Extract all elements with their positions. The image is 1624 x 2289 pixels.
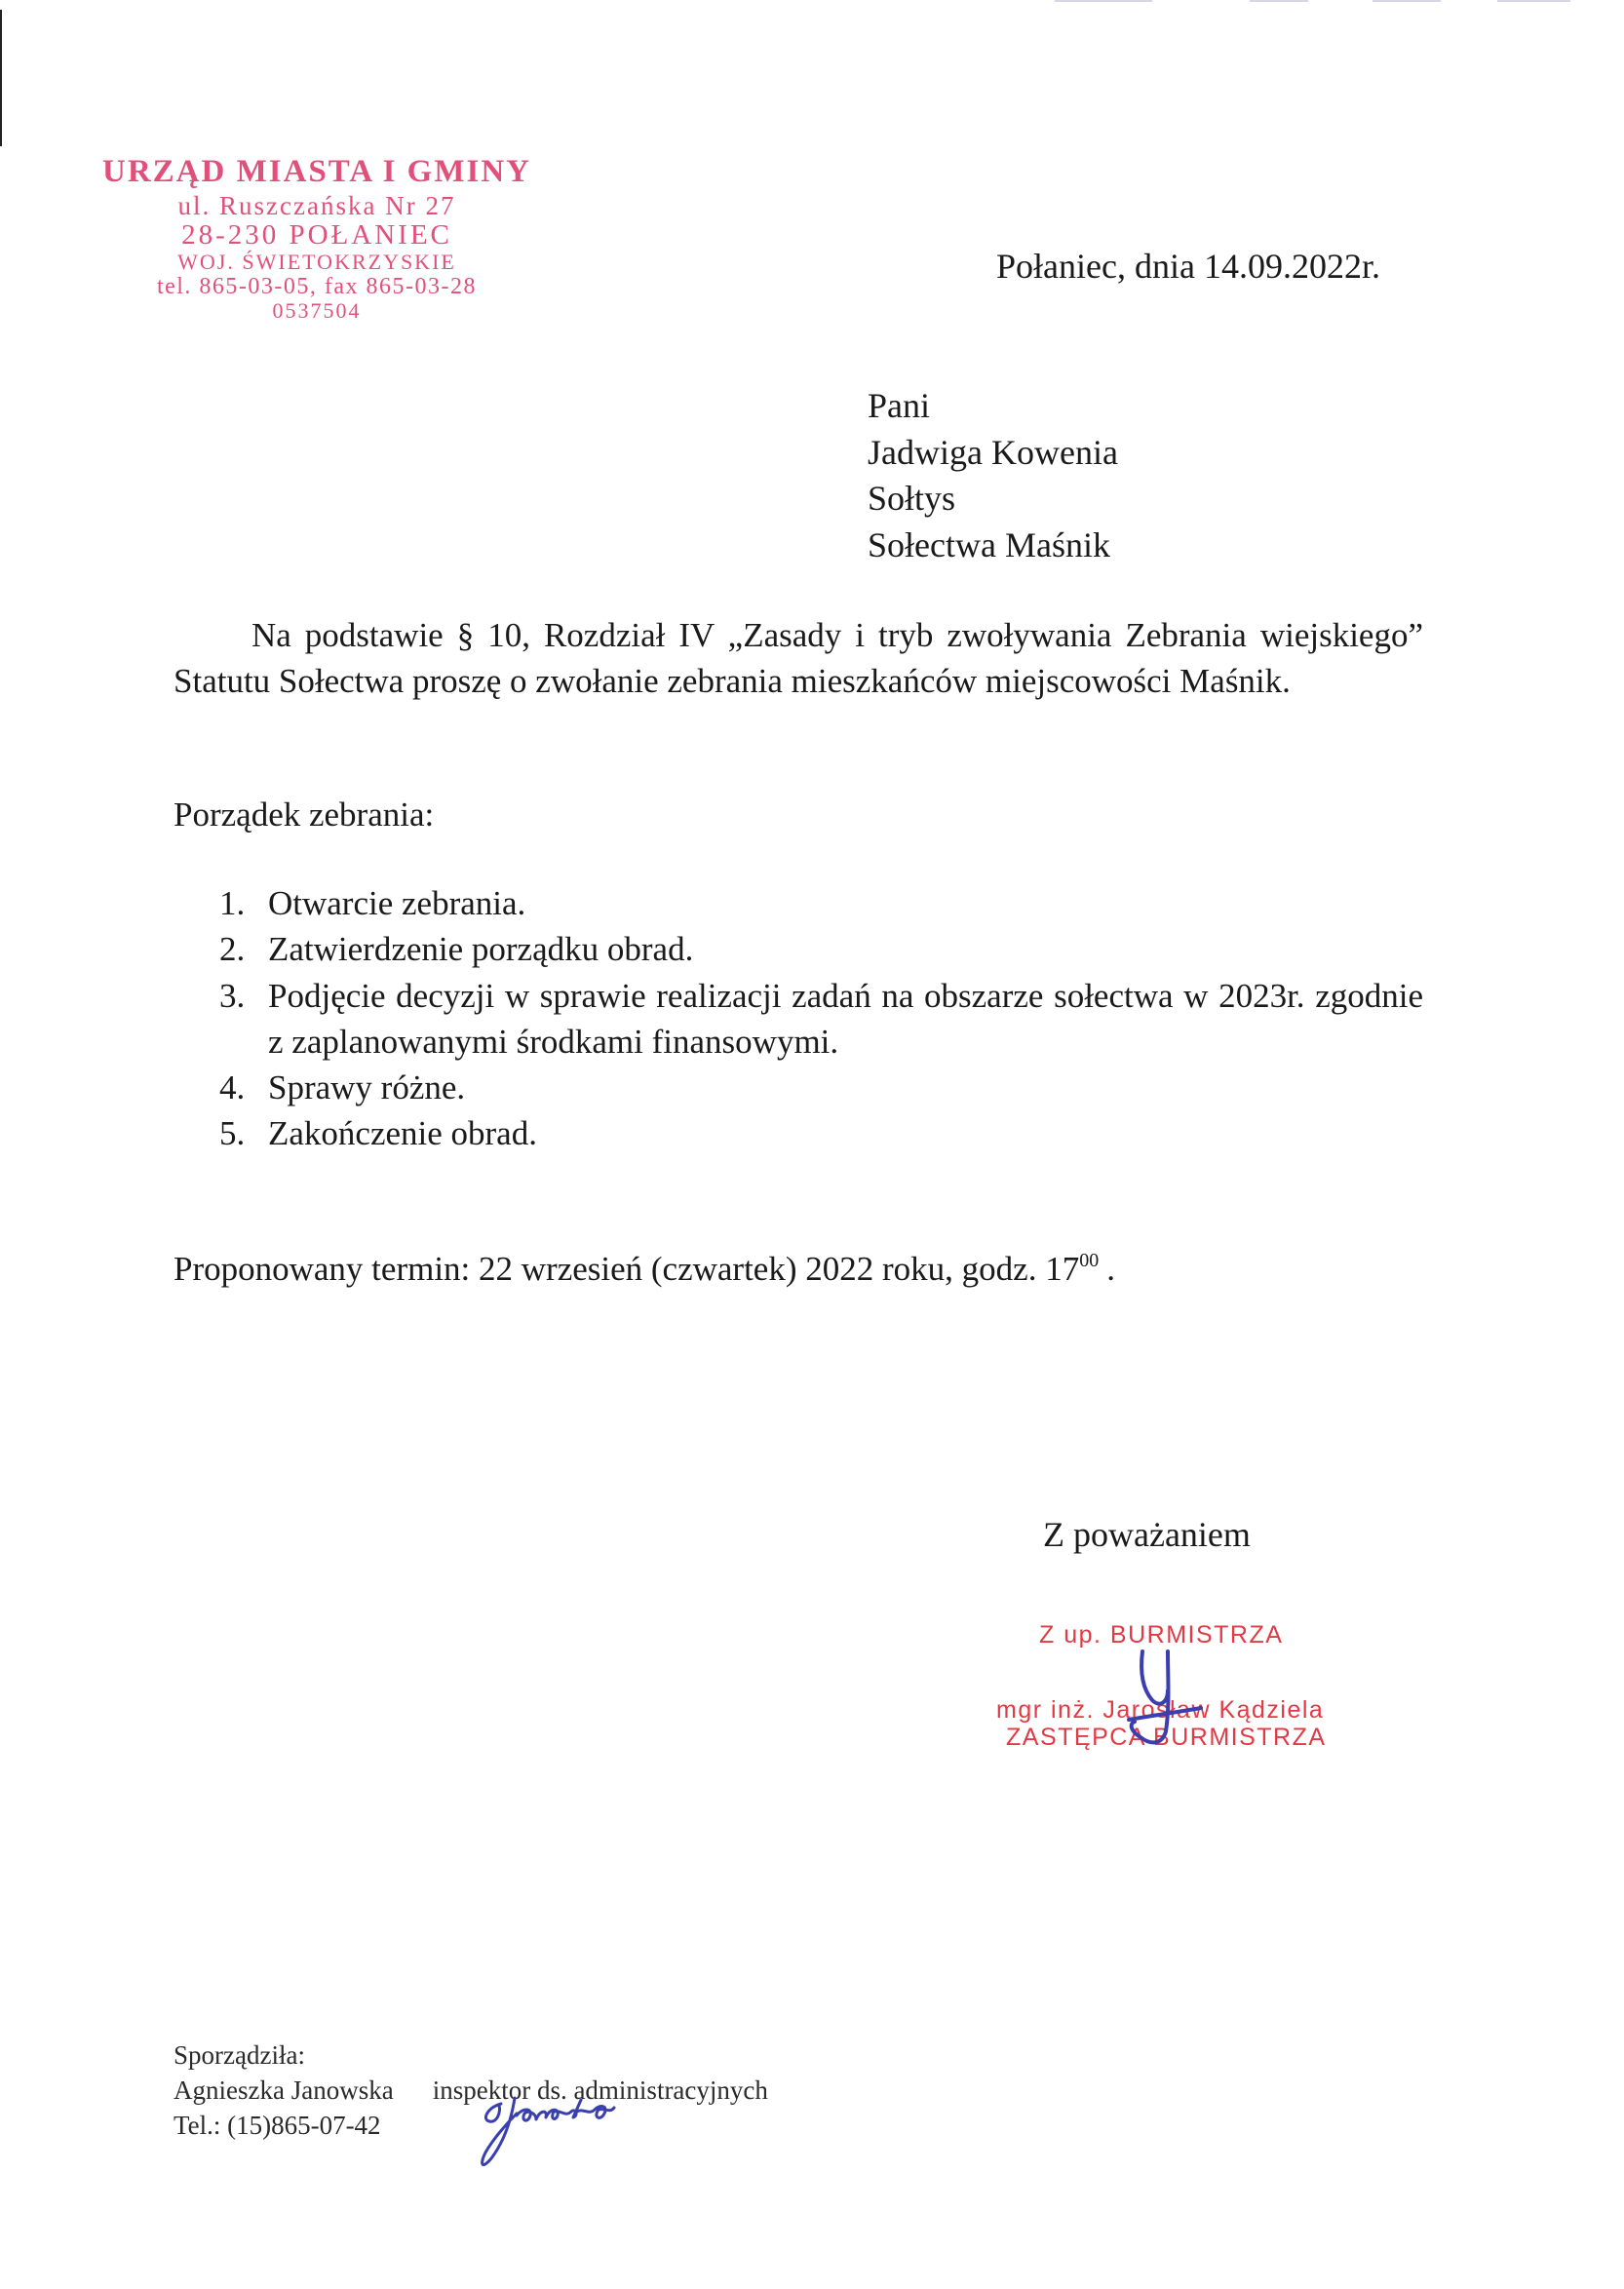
- office-stamp-city: 28-230 POŁANIEC: [97, 221, 536, 250]
- office-stamp-regon: 0537504: [97, 300, 536, 322]
- signature-stamp-authority: Z up. BURMISTRZA: [1039, 1621, 1283, 1649]
- scan-top-mark: [1055, 0, 1152, 2]
- body-paragraph: Na podstawie § 10, Rozdział IV „Zasady i…: [174, 612, 1423, 704]
- scan-top-mark: [1250, 0, 1308, 2]
- agenda-item: 1.Otwarcie zebrania.: [174, 880, 1423, 926]
- addressee-title: Sołtys: [868, 476, 1118, 523]
- scan-top-mark: [1497, 0, 1570, 2]
- prepared-by-role: inspektor ds. administracyjnych: [433, 2076, 768, 2105]
- agenda-item-number: 5.: [219, 1110, 245, 1156]
- agenda-item-text: Sprawy różne.: [268, 1068, 465, 1106]
- agenda-list: 1.Otwarcie zebrania. 2.Zatwierdzenie por…: [174, 880, 1423, 1157]
- closing-salutation: Z poważaniem: [1043, 1514, 1251, 1555]
- addressee-name: Jadwiga Kowenia: [868, 430, 1118, 477]
- prepared-by-author: Agnieszka Janowska: [174, 2076, 394, 2105]
- agenda-item-number: 3.: [219, 973, 245, 1019]
- office-stamp-title: URZĄD MIASTA I GMINY: [97, 156, 536, 189]
- addressee-organization: Sołectwa Maśnik: [868, 523, 1118, 569]
- prepared-by-author-row: Agnieszka Janowskainspektor ds. administ…: [174, 2073, 768, 2108]
- office-stamp-region: WOJ. ŚWIETOKRZYSKIE: [97, 252, 536, 273]
- agenda-item-text: Otwarcie zebrania.: [268, 884, 525, 922]
- agenda-item-number: 2.: [219, 926, 245, 972]
- agenda-item-text: Podjęcie decyzji w sprawie realizacji za…: [268, 977, 1423, 1061]
- proposed-date: Proponowany termin: 22 wrzesień (czwarte…: [174, 1246, 1423, 1292]
- addressee-salutation: Pani: [868, 383, 1118, 430]
- office-stamp-phone: tel. 865-03-05, fax 865-03-28: [97, 275, 536, 298]
- proposed-date-text: Proponowany termin: 22 wrzesień (czwarte…: [174, 1250, 1079, 1288]
- agenda-item: 3.Podjęcie decyzji w sprawie realizacji …: [174, 973, 1423, 1066]
- scan-top-mark: [1373, 0, 1441, 2]
- place-date: Połaniec, dnia 14.09.2022r.: [996, 246, 1380, 287]
- agenda-item-number: 4.: [219, 1065, 245, 1110]
- agenda-item-text: Zakończenie obrad.: [268, 1114, 537, 1152]
- agenda-title: Porządek zebrania:: [174, 792, 1423, 837]
- agenda-item-number: 1.: [219, 880, 245, 926]
- office-stamp: URZĄD MIASTA I GMINY ul. Ruszczańska Nr …: [97, 156, 536, 322]
- agenda-item: 2.Zatwierdzenie porządku obrad.: [174, 926, 1423, 972]
- agenda-item-text: Zatwierdzenie porządku obrad.: [268, 930, 693, 968]
- prepared-by-block: Sporządziła: Agnieszka Janowskainspektor…: [174, 2037, 768, 2143]
- prepared-by-phone: Tel.: (15)865-07-42: [174, 2108, 768, 2143]
- proposed-time-minutes: 00: [1079, 1250, 1099, 1271]
- prepared-by-label: Sporządziła:: [174, 2037, 768, 2073]
- signature-stamp-position: ZASTĘPCA BURMISTRZA: [1006, 1724, 1327, 1752]
- agenda-item: 5.Zakończenie obrad.: [174, 1110, 1423, 1156]
- proposed-date-end: .: [1106, 1250, 1115, 1288]
- office-stamp-street: ul. Ruszczańska Nr 27: [97, 193, 536, 219]
- signature-stamp-name: mgr inż. Jarosław Kądziela: [996, 1696, 1324, 1725]
- addressee-block: Pani Jadwiga Kowenia Sołtys Sołectwa Maś…: [868, 383, 1118, 568]
- agenda-item: 4.Sprawy różne.: [174, 1065, 1423, 1110]
- scan-edge-mark: [0, 10, 2, 146]
